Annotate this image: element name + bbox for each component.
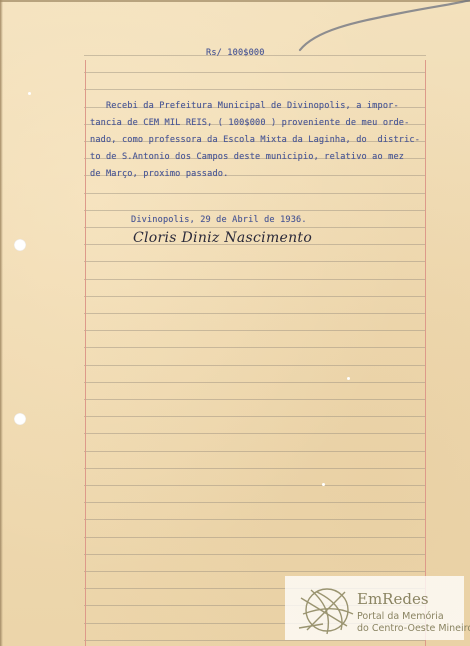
body-line-3: nado, como professora da Escola Mixta da…: [90, 135, 420, 145]
watermark-title: EmRedes: [357, 590, 429, 608]
ruled-line: [84, 313, 426, 314]
punch-hole-bottom: [14, 413, 26, 425]
ruled-line: [84, 330, 426, 331]
ruled-line: [84, 416, 426, 417]
watermark-subtitle-1: Portal da Memória: [357, 611, 444, 622]
ruled-line: [84, 261, 426, 262]
ruled-line: [84, 571, 426, 572]
ruled-line: [84, 468, 426, 469]
watermark-subtitle-2: do Centro-Oeste Mineiro: [357, 623, 470, 634]
ruled-line: [84, 347, 426, 348]
paper-speck: [347, 377, 350, 380]
ruled-line: [84, 279, 426, 280]
ruled-line: [84, 640, 426, 641]
punch-hole-top: [14, 239, 26, 251]
ruled-line: [84, 399, 426, 400]
ruled-lines: [84, 0, 426, 646]
paper-speck: [28, 92, 31, 95]
ruled-line: [84, 451, 426, 452]
amount-header: Rs/ 100$000: [206, 48, 265, 58]
ruled-line: [84, 193, 426, 194]
document-page: Rs/ 100$000 Recebi da Prefeitura Municip…: [0, 0, 470, 646]
globe-icon: [297, 584, 355, 636]
paper-speck: [322, 483, 325, 486]
body-line-1: Recebi da Prefeitura Municipal de Divino…: [90, 101, 399, 111]
ruled-line: [84, 433, 426, 434]
ruled-line: [84, 502, 426, 503]
body-line-2: tancia de CEM MIL REIS, ( 100$000 ) prov…: [90, 118, 409, 128]
ruled-line: [84, 537, 426, 538]
ruled-line: [84, 382, 426, 383]
left-margin-line: [85, 60, 86, 646]
body-line-5: de Março, proximo passado.: [90, 169, 228, 179]
handwritten-signature: Cloris Diniz Nascimento: [133, 230, 312, 246]
ruled-line: [84, 227, 426, 228]
pencil-mark: [296, 0, 470, 52]
watermark-logo: EmRedes Portal da Memória do Centro-Oest…: [285, 576, 464, 640]
ruled-line: [84, 554, 426, 555]
ruled-line: [84, 89, 426, 90]
right-margin-line: [425, 60, 426, 646]
ruled-line: [84, 519, 426, 520]
ruled-line: [84, 72, 426, 73]
page-left-edge: [0, 0, 3, 646]
place-date: Divinopolis, 29 de Abril de 1936.: [131, 215, 307, 225]
body-line-4: to de S.Antonio dos Campos deste municip…: [90, 152, 404, 162]
ruled-line: [84, 365, 426, 366]
ruled-line: [84, 485, 426, 486]
ruled-line: [84, 296, 426, 297]
ruled-line: [84, 210, 426, 211]
